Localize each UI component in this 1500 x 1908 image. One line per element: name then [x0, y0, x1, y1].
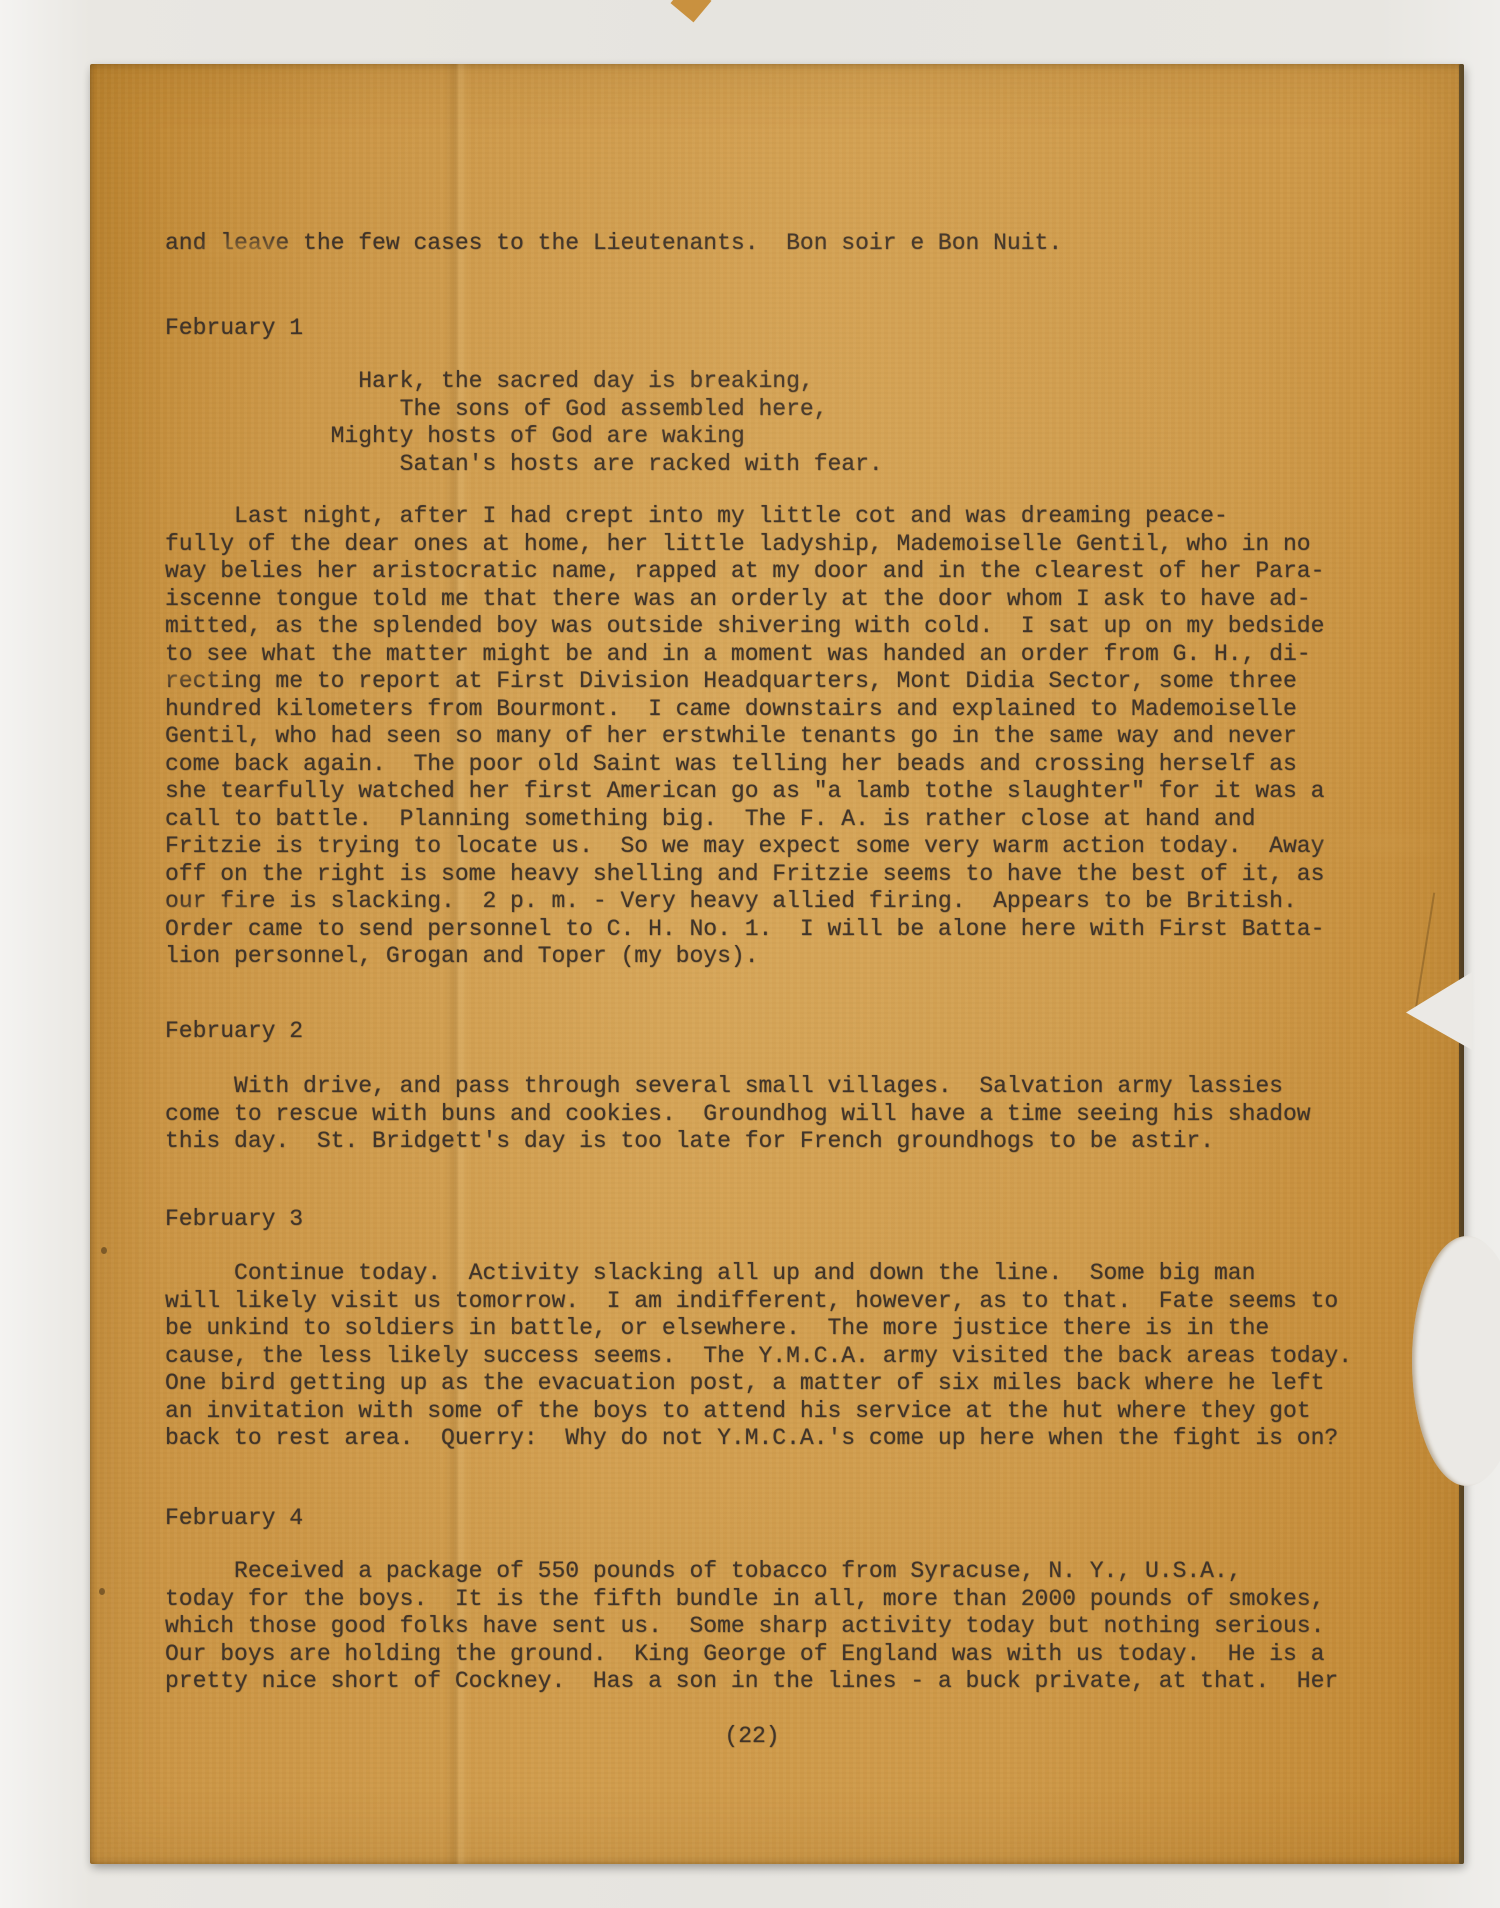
entry-heading-february-4: February 4 — [165, 1505, 1375, 1533]
continuation-line: and leave the few cases to the Lieutenan… — [165, 230, 1375, 258]
entry-heading-february-3: February 3 — [165, 1206, 1375, 1234]
paper-right-edge — [1459, 64, 1464, 1864]
page-number: (22) — [165, 1723, 1339, 1751]
typewritten-text: and leave the few cases to the Lieutenan… — [165, 230, 1375, 1750]
entry-poem: Hark, the sacred day is breaking, The so… — [165, 368, 1375, 478]
paper-sliver-top — [671, 0, 712, 22]
entry-heading-february-2: February 2 — [165, 1018, 1375, 1046]
scan-background: and leave the few cases to the Lieutenan… — [0, 0, 1500, 1908]
paper-speck — [99, 1588, 105, 1595]
entry-body-february-1: Last night, after I had crept into my li… — [165, 503, 1375, 971]
entry-body-february-2: With drive, and pass through several sma… — [165, 1073, 1375, 1156]
entry-body-february-4: Received a package of 550 pounds of toba… — [165, 1558, 1375, 1696]
paper-speck — [101, 1247, 107, 1254]
entry-heading-february-1: February 1 — [165, 315, 1375, 343]
entry-body-february-3: Continue today. Activity slacking all up… — [165, 1260, 1375, 1453]
